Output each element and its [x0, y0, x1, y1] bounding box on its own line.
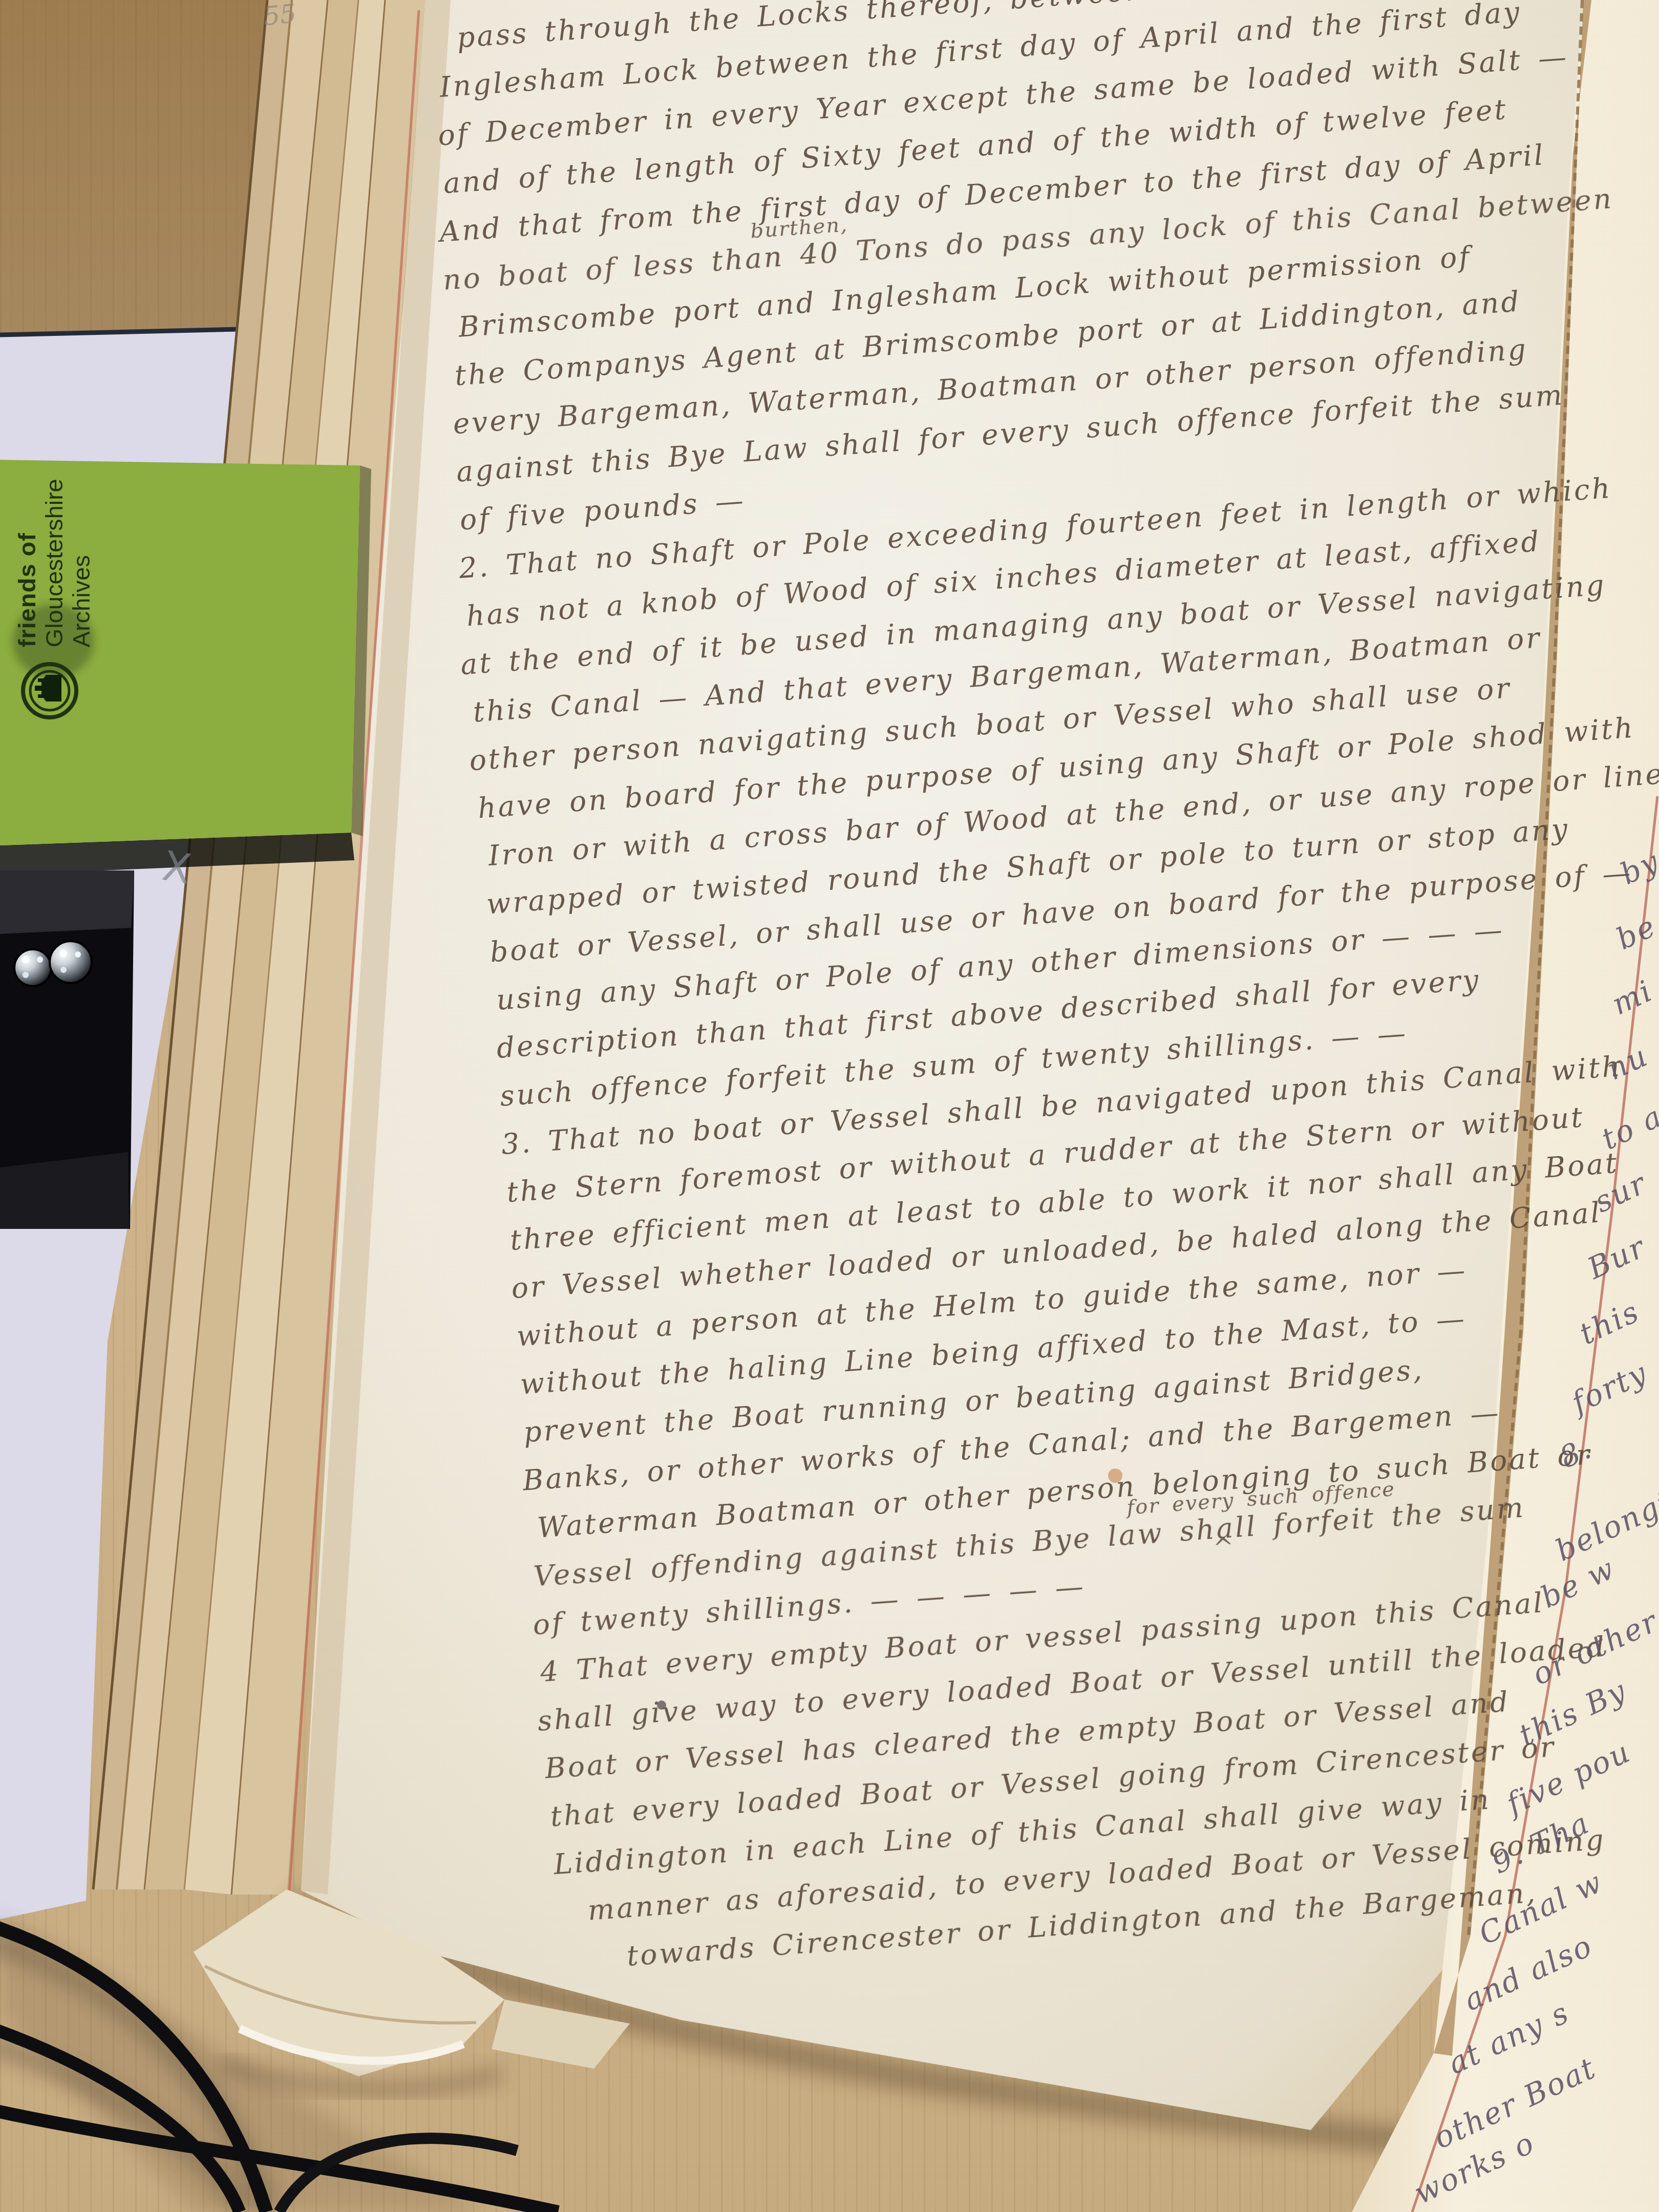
archive-label-text: friends of Gloucestershire Archives	[0, 463, 369, 842]
metal-knob	[14, 949, 51, 986]
label-line-3: Archives	[68, 479, 95, 647]
insertion-caret: ^	[1213, 1533, 1237, 1563]
clamp-device	[0, 870, 134, 1229]
label-line-1: friends of	[13, 479, 40, 647]
archive-photo: friends of Gloucestershire Archives 55 X…	[0, 0, 1659, 2212]
archives-logo-icon	[19, 661, 82, 721]
pencil-page-number: 55	[262, 0, 297, 31]
manuscript-text: pass through the Locks thereof, between …	[425, 0, 1659, 1992]
metal-knob	[50, 941, 92, 983]
label-line-2: Gloucestershire	[40, 479, 68, 647]
